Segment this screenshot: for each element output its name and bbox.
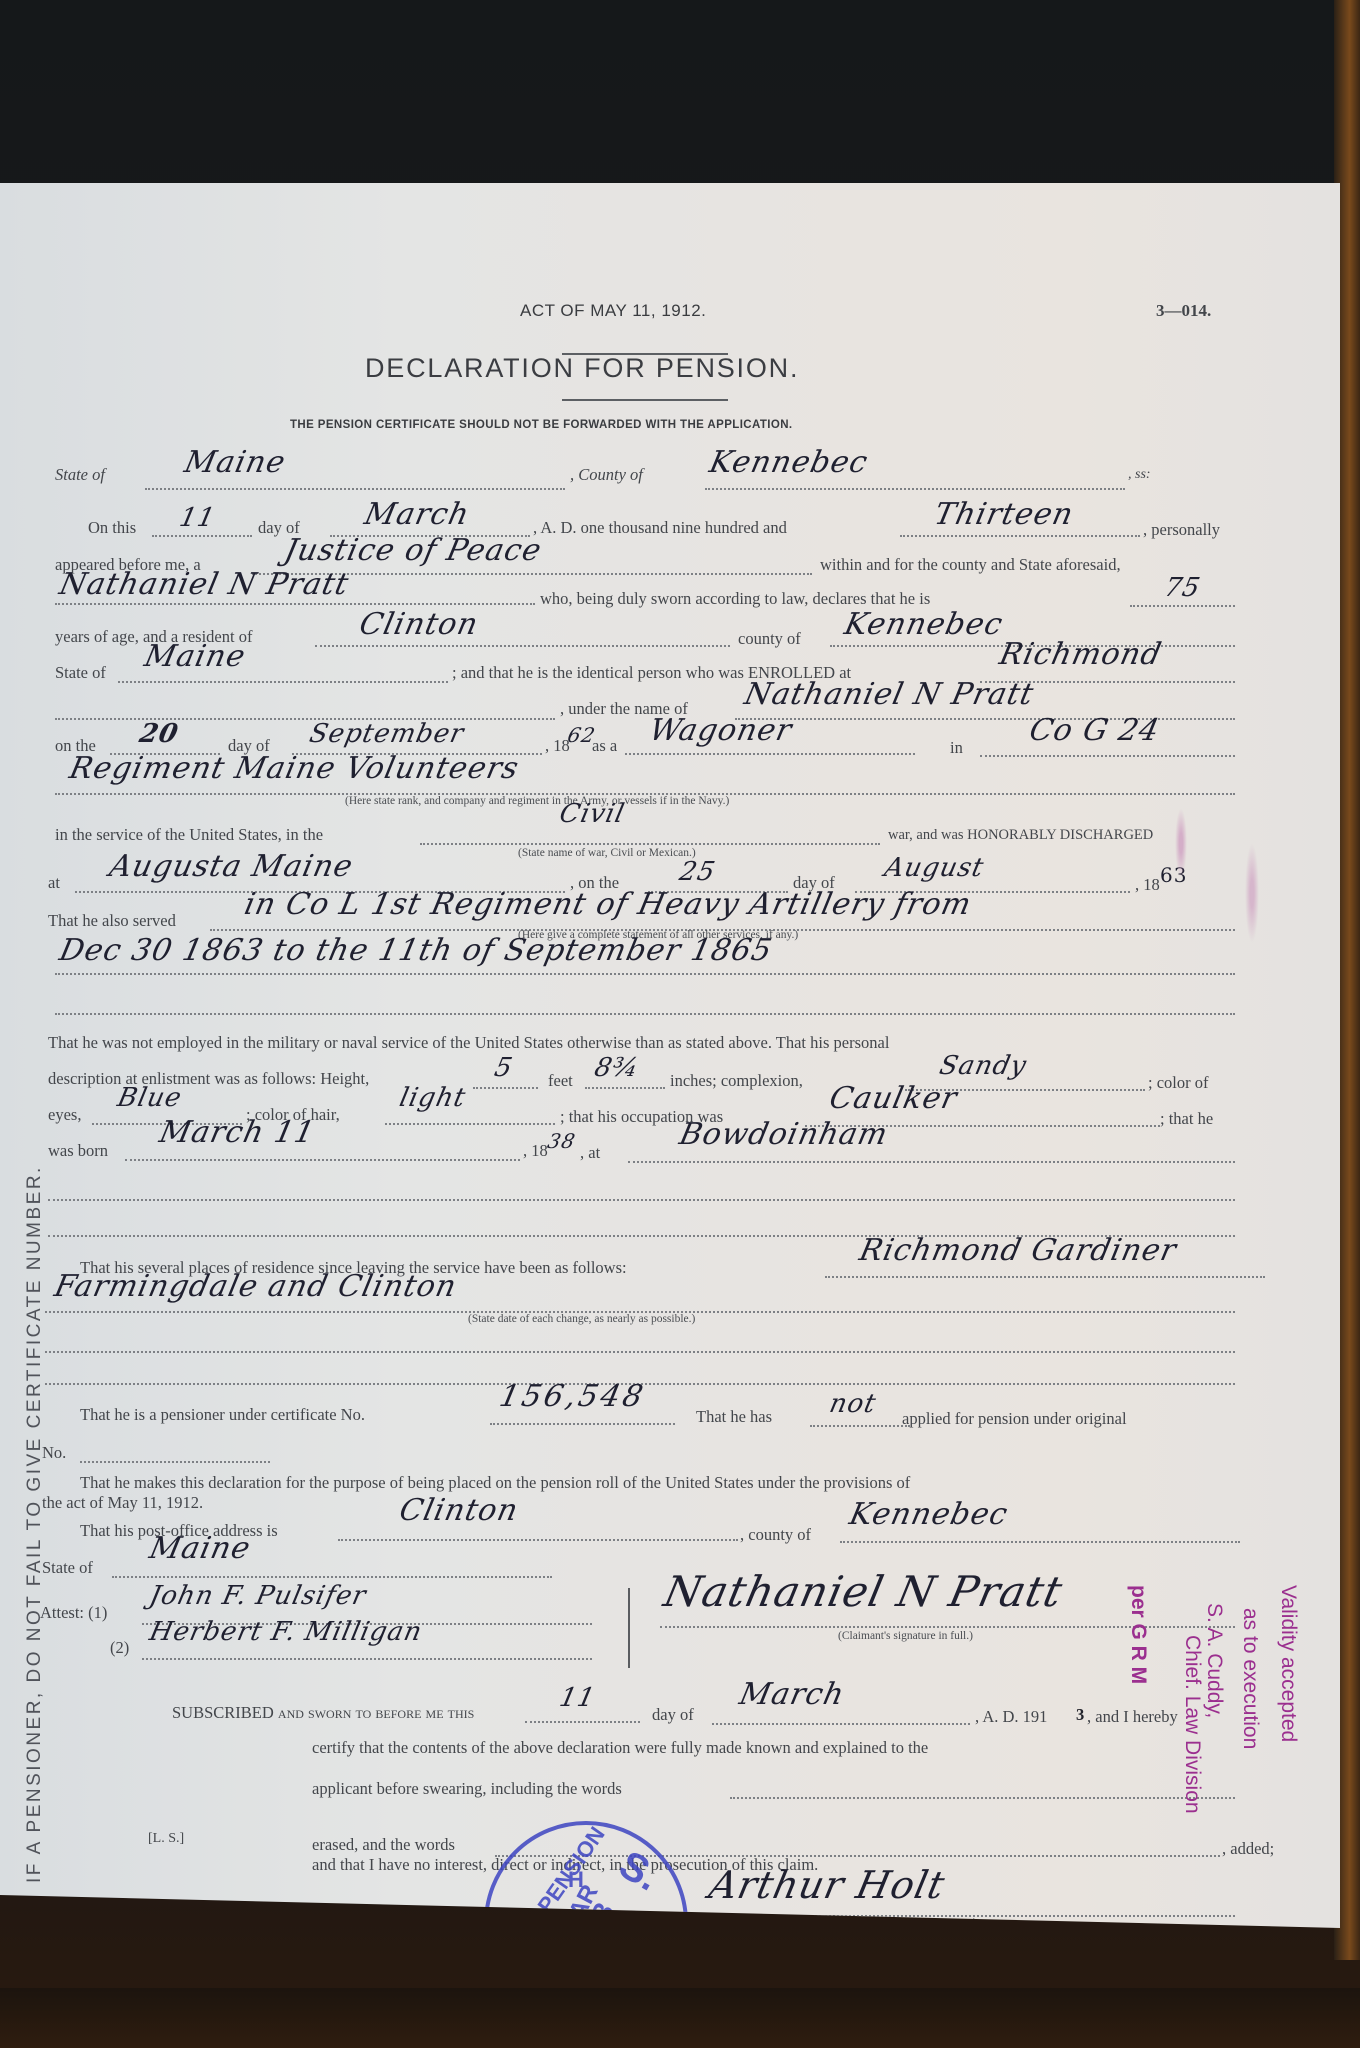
sworn-day-value: 11 (557, 1683, 598, 1713)
form-number: 3—014. (1156, 301, 1211, 321)
official-note: (Official character.) (898, 1967, 988, 1979)
label-county-of: , County of (570, 465, 643, 485)
stamp-right-text: S. (611, 1843, 666, 1901)
label-state-of: State of (55, 465, 105, 485)
label-ad-text: , A. D. one thousand nine hundred and (533, 518, 787, 538)
year-field[interactable] (900, 535, 1140, 537)
label-certify: certify that the contents of the above d… (312, 1738, 928, 1758)
birth-year-value: 38 (545, 1129, 578, 1153)
label-in: in (950, 738, 963, 758)
claimant-name-field[interactable] (55, 603, 535, 605)
sworn-day-field[interactable] (525, 1721, 640, 1723)
birth-place-value: Bowdoinham (676, 1117, 891, 1152)
official-character-field[interactable] (705, 1965, 1235, 1967)
sworn-month-field[interactable] (712, 1723, 970, 1725)
po-county-value: Kennebec (846, 1497, 1011, 1532)
po-address-value: Clinton (396, 1493, 521, 1528)
label-within: within and for the county and State afor… (820, 555, 1121, 575)
certificate-number-field[interactable] (490, 1423, 675, 1425)
label-as-a: as a (592, 736, 617, 756)
label-in-service: in the service of the United States, in … (55, 825, 323, 845)
claimant-note: (Claimant's signature in full.) (838, 1630, 973, 1642)
other-service-field-2[interactable] (55, 973, 1235, 975)
enrolled-name-value: Nathaniel N Pratt (741, 677, 1037, 712)
label-purpose: That he makes this declaration for the p… (80, 1473, 910, 1493)
label-year-prefix-2: , 18 (1135, 875, 1160, 895)
enrolled-at-value: Richmond (996, 637, 1165, 672)
sworn-month-value: March (736, 1677, 848, 1712)
other-service-value-2: Dec 30 1863 to the 11th of September 186… (56, 933, 775, 968)
sworn-year-digit: 3 (1076, 1705, 1084, 1725)
age-value: 75 (1162, 573, 1203, 603)
enrolled-blank-field[interactable] (55, 718, 555, 720)
residence-value: Clinton (356, 607, 481, 642)
label-who-being: who, being duly sworn according to law, … (540, 589, 930, 609)
county-value: Kennebec (706, 445, 871, 480)
label-state-of-3: State of (42, 1558, 93, 1578)
hair-field[interactable] (385, 1123, 555, 1125)
residence-note: (State date of each change, as nearly as… (468, 1313, 695, 1325)
label-not-employed: That he was not employed in the military… (48, 1033, 889, 1053)
label-war-discharged: war, and was HONORABLY DISCHARGED (888, 827, 1153, 844)
label-no: No. (42, 1443, 66, 1463)
label-state-of-2: State of (55, 663, 106, 683)
day-field[interactable] (152, 535, 252, 537)
label-eyes: eyes, (48, 1105, 81, 1125)
document-title: DECLARATION FOR PENSION. (365, 353, 799, 384)
certificate-notice: THE PENSION CERTIFICATE SHOULD NOT BE FO… (290, 419, 793, 431)
birth-date-value: March 11 (156, 1115, 318, 1150)
blank-line-1[interactable] (48, 1199, 1235, 1201)
war-field[interactable] (420, 843, 880, 845)
birth-date-field[interactable] (125, 1159, 520, 1161)
label-applied: applied for pension under original (902, 1409, 1127, 1429)
witness-1-signature: John F. Pulsifer (147, 1581, 369, 1611)
label-erased: erased, and the words (312, 1835, 455, 1855)
ink-smudge (1175, 808, 1187, 878)
label-at: at (48, 873, 60, 893)
height-feet-value: 5 (492, 1053, 516, 1083)
official-signature: Arthur Holt (705, 1863, 949, 1907)
birth-place-field[interactable] (628, 1161, 1235, 1163)
label-applicant: applicant before swearing, including the… (312, 1779, 622, 1799)
regiment-value: Regiment Maine Volunteers (66, 751, 522, 786)
enroll-day-value: 20 (137, 719, 182, 749)
residence-county-value: Kennebec (841, 607, 1006, 642)
year-value: Thirteen (931, 497, 1077, 532)
pension-declaration-document: IF A PENSIONER, DO NOT FAIL TO GIVE CERT… (0, 183, 1340, 1928)
company-field[interactable] (980, 755, 1235, 757)
label-also-served: That he also served (48, 911, 176, 931)
has-value: not (827, 1389, 879, 1419)
label-hereby-end: , and I hereby (1087, 1707, 1178, 1727)
label-at-2: , at (580, 1143, 600, 1163)
witness-2-field[interactable] (142, 1658, 592, 1660)
label-was-born: was born (48, 1141, 108, 1161)
validity-stamp-line-2: as to execution (1238, 1608, 1262, 1749)
hair-value: light (397, 1083, 469, 1113)
county-field[interactable] (705, 488, 1125, 490)
label-on-this: On this (88, 518, 136, 538)
day-value: 11 (177, 503, 218, 533)
validity-stamp-line-1: Validity accepted (1276, 1585, 1300, 1742)
occupation-value: Caulker (826, 1081, 960, 1116)
discharge-place-value: Augusta Maine (106, 849, 356, 884)
title-rule (562, 399, 728, 401)
label-that-he: ; that he (1160, 1109, 1213, 1129)
rank-note: (Here state rank, and company and regime… (345, 795, 729, 807)
label-day-of-4: day of (652, 1705, 694, 1725)
claimant-signature: Nathaniel N Pratt (660, 1567, 1068, 1616)
height-feet-field[interactable] (473, 1087, 538, 1089)
label-attest-2: (2) (110, 1638, 129, 1658)
seal-label: [L. S.] (148, 1831, 184, 1847)
rank-value: Wagoner (646, 713, 795, 748)
po-state-value: Maine (146, 1531, 254, 1566)
label-act-ref: the act of May 11, 1912. (42, 1493, 203, 1513)
claimant-name-value: Nathaniel N Pratt (56, 567, 352, 602)
other-service-field-3[interactable] (55, 1013, 1235, 1015)
label-subscribed: SUBSCRIBED and sworn to before me this (172, 1703, 474, 1723)
label-has: That he has (696, 1407, 772, 1427)
po-county-field[interactable] (840, 1541, 1240, 1543)
residences-value-1: Richmond Gardiner (856, 1233, 1180, 1268)
label-county-of-2: county of (738, 629, 801, 649)
label-description: description at enlistment was as follows… (48, 1069, 369, 1089)
residences-field-1[interactable] (825, 1276, 1265, 1278)
discharge-day-value: 25 (677, 857, 718, 887)
validity-stamp-line-5: per G R M (1126, 1585, 1150, 1684)
state-field[interactable] (145, 488, 565, 490)
stamp-year: 1913 (594, 1920, 640, 1975)
rank-field[interactable] (625, 753, 915, 755)
residence-state-field[interactable] (118, 681, 448, 683)
label-born-year-prefix: , 18 (523, 1141, 548, 1161)
stamp-left-text: U. (491, 1922, 539, 1967)
label-ss: , ss: (1128, 467, 1151, 483)
residence-state-value: Maine (141, 639, 249, 674)
state-value: Maine (181, 445, 289, 480)
label-pensioner: That he is a pensioner under certificate… (80, 1405, 365, 1425)
original-number-field[interactable] (80, 1461, 270, 1463)
words-included-field[interactable] (730, 1797, 1235, 1799)
margin-notice: IF A PENSIONER, DO NOT FAIL TO GIVE CERT… (24, 1165, 46, 1883)
official-character-value: Justice of Peace (711, 1917, 1024, 1958)
residence-field[interactable] (315, 645, 730, 647)
validity-stamp-line-4: Chief. Law Division (1180, 1635, 1204, 1814)
month-value: March (361, 497, 473, 532)
other-service-value-1: in Co L 1st Regiment of Heavy Artillery … (241, 887, 975, 922)
label-color-of: ; color of (1148, 1073, 1208, 1093)
po-state-field[interactable] (112, 1576, 552, 1578)
age-field[interactable] (1130, 605, 1235, 607)
label-ad-hereby: , A. D. 191 (975, 1707, 1047, 1727)
war-value: Civil (557, 799, 628, 829)
label-inches: inches; complexion, (670, 1071, 803, 1091)
enroll-month-value: September (307, 719, 467, 749)
residences-value-2: Farmingdale and Clinton (51, 1269, 460, 1304)
signature-divider (628, 1588, 630, 1668)
validity-stamp-line-3: S. A. Cuddy, (1202, 1603, 1226, 1718)
eyes-value: Blue (115, 1083, 185, 1113)
certificate-number-value: 156,548 (496, 1379, 649, 1414)
ink-smudge (1245, 843, 1259, 943)
act-heading: ACT OF MAY 11, 1912. (520, 301, 706, 321)
label-county-of-3: , county of (740, 1525, 811, 1545)
label-attest-1: Attest: (1) (40, 1603, 107, 1623)
po-address-field[interactable] (338, 1539, 738, 1541)
official-value: Justice of Peace (281, 533, 545, 568)
witness-2-signature: Herbert F. Milligan (147, 1617, 425, 1647)
company-value: Co G 24 (1026, 713, 1163, 748)
table-surface (0, 1988, 1360, 2048)
height-inches-field[interactable] (585, 1087, 665, 1089)
label-personally: , personally (1143, 520, 1220, 540)
height-inches-value: 8¾ (592, 1053, 642, 1083)
label-feet: feet (548, 1071, 573, 1091)
complexion-value: Sandy (937, 1051, 1030, 1081)
war-note: (State name of war, Civil or Mexican.) (518, 847, 696, 859)
residences-field-3[interactable] (45, 1351, 1235, 1353)
discharge-month-value: August (882, 853, 987, 883)
label-added: , added; (1222, 1839, 1274, 1859)
has-field[interactable] (810, 1425, 910, 1427)
